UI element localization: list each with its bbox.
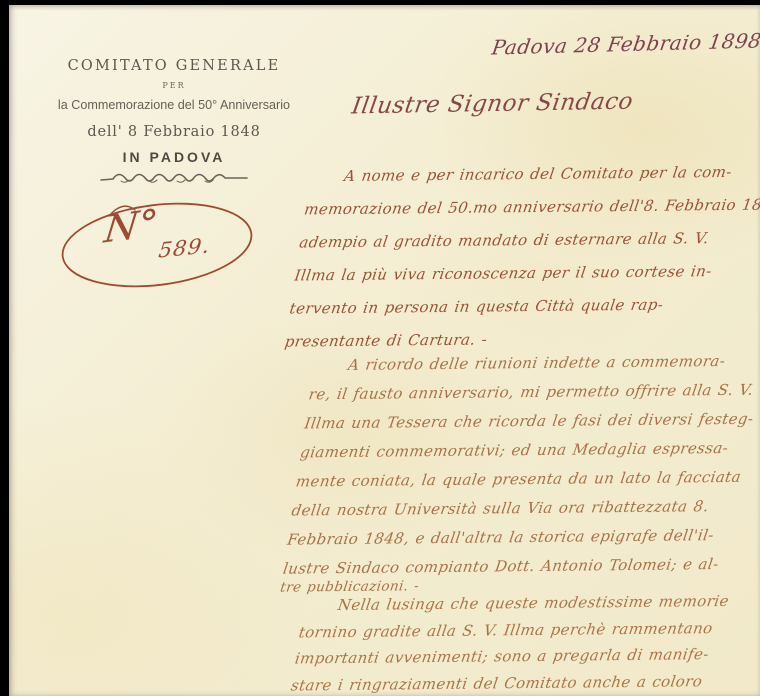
handwritten-line: importanti avvenimenti; sono a pregarla …	[293, 641, 760, 672]
handwritten-line: re, il fausto anniversario, mi permetto …	[307, 375, 760, 409]
handwritten-line: Illma la più viva riconoscenza per il su…	[292, 255, 760, 293]
handwritten-line: tervento in persona in questa Città qual…	[287, 288, 760, 326]
letterhead-commemoration-line: la Commemorazione del 50° Anniversario	[38, 97, 310, 112]
handwritten-line: Illma una Tessera che ricorda le fasi de…	[302, 404, 760, 438]
letterhead-city: IN PADOVA	[34, 149, 314, 165]
handwritten-line: adempio al gradito mandato di esternare …	[297, 221, 760, 259]
flourish-divider-icon	[34, 172, 314, 191]
letterhead-committee-title: COMITATO GENERALE	[34, 58, 314, 74]
dateline: Padova 28 Febbraio 1898	[490, 28, 760, 59]
paragraph-1: A nome e per incarico del Comitato per l…	[282, 155, 760, 358]
handwritten-line: A nome e per incarico del Comitato per l…	[307, 155, 760, 193]
handwritten-line: memorazione del 50.mo anniversario dell'…	[302, 188, 760, 226]
salutation: Illustre Signor Sindaco	[350, 89, 635, 120]
handwritten-line: stare i ringraziamenti del Comitato anch…	[289, 667, 760, 696]
letter-paper: COMITATO GENERALE PER la Commemorazione …	[9, 5, 760, 696]
letterhead-event-date: dell' 8 Febbraio 1848	[34, 124, 314, 140]
protocol-number-oval: N° 589.	[57, 198, 257, 293]
paragraph-2: A ricordo delle riunioni indette a comme…	[279, 346, 760, 598]
protocol-prefix: N°	[102, 201, 160, 252]
handwritten-line: Nella lusinga che queste modestissime me…	[301, 587, 760, 618]
letterhead-per: PER	[34, 81, 314, 90]
paragraph-3: Nella lusinga che queste modestissime me…	[289, 587, 760, 696]
letterhead: COMITATO GENERALE PER la Commemorazione …	[34, 58, 314, 191]
handwritten-line: A ricordo delle riunioni indette a comme…	[311, 346, 760, 380]
